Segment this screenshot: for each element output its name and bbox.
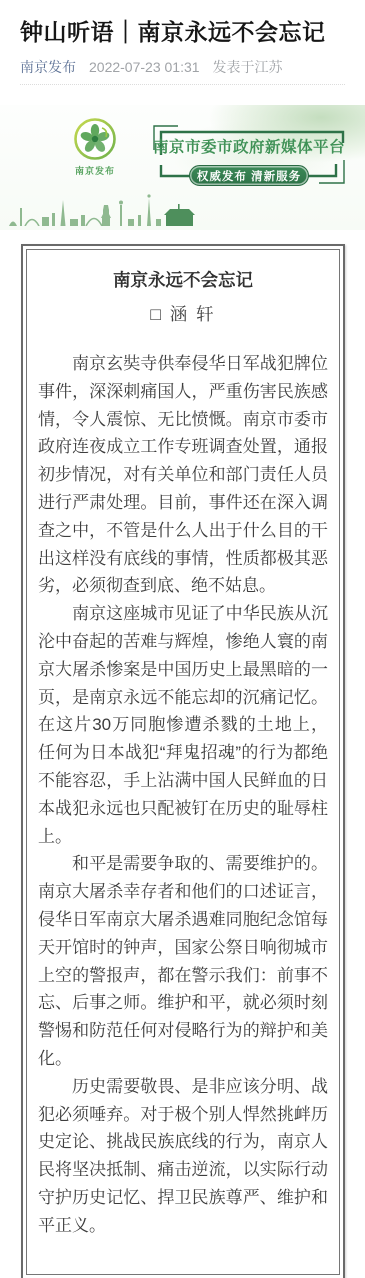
platform-banner-image[interactable]: 南京发布 — [0, 105, 365, 230]
byline: 南京发布 2022-07-23 01:31 发表于江苏 — [20, 57, 345, 77]
account-name-link[interactable]: 南京发布 — [20, 57, 76, 77]
slogan-badge: 权威发布 清新服务 — [189, 165, 309, 186]
article-header: 钟山听语｜南京永远不会忘记 南京发布 2022-07-23 01:31 发表于江… — [0, 0, 365, 85]
platform-title-block: 南京市委市政府新媒体平台 权威发布 清新服务 — [150, 122, 348, 190]
article-page: 钟山听语｜南京永远不会忘记 南京发布 2022-07-23 01:31 发表于江… — [0, 0, 365, 1278]
plum-blossom-logo-icon — [72, 116, 118, 162]
article-frame: 南京永远不会忘记 □ 涵 轩 南京玄奘寺供奉侵华日军战犯牌位事件，深深刺痛国人，… — [21, 244, 345, 1278]
paragraph: 南京这座城市见证了中华民族从沉沦中奋起的苦难与辉煌，惨绝人寰的南京大屠杀惨案是中… — [38, 600, 328, 850]
header-divider — [20, 84, 345, 85]
article-author: □ 涵 轩 — [38, 300, 328, 328]
publish-timestamp: 2022-07-23 01:31 — [89, 59, 200, 75]
publish-location: 发表于江苏 — [213, 57, 283, 77]
platform-name: 南京市委市政府新媒体平台 — [150, 135, 348, 157]
page-title: 钟山听语｜南京永远不会忘记 — [20, 16, 345, 48]
paragraph: 历史需要敬畏、是非应该分明、战犯必须唾弃。对于极个别人悍然挑衅历史定论、挑战民族… — [38, 1073, 328, 1240]
paragraph: 和平是需要争取的、需要维护的。南京大屠杀幸存者和他们的口述证言，侵华日军南京大屠… — [38, 850, 328, 1072]
article-frame-inner: 南京永远不会忘记 □ 涵 轩 南京玄奘寺供奉侵华日军战犯牌位事件，深深刺痛国人，… — [26, 249, 340, 1275]
article-title: 南京永远不会忘记 — [38, 266, 328, 294]
logo-caption: 南京发布 — [70, 164, 120, 177]
nanjing-fabu-logo: 南京发布 — [70, 116, 120, 177]
article-body: 南京玄奘寺供奉侵华日军战犯牌位事件，深深刺痛国人，严重伤害民族感情，令人震惊、无… — [38, 350, 328, 1240]
city-skyline-graphic — [8, 192, 198, 226]
paragraph: 南京玄奘寺供奉侵华日军战犯牌位事件，深深刺痛国人，严重伤害民族感情，令人震惊、无… — [38, 350, 328, 600]
